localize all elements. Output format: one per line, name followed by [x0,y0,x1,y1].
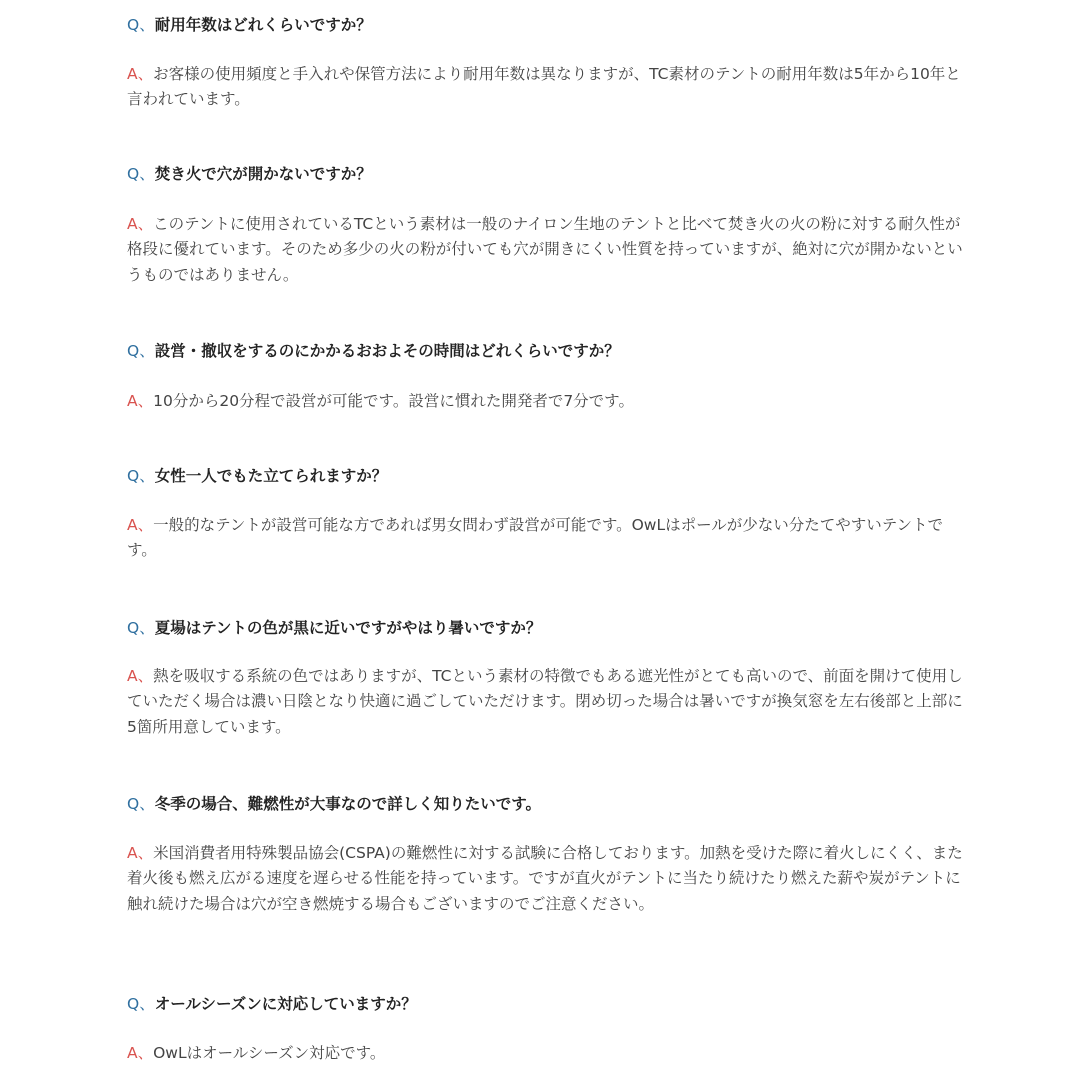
answer: A、お客様の使用頻度と手入れや保管方法により耐用年数は異なりますが、TC素材のテ… [127,62,972,113]
a-marker: A、 [127,667,153,685]
question: Q、オールシーズンに対応していますか？ [127,992,417,1017]
question: Q、夏場はテントの色が黒に近いですがやはり暑いですか？ [127,616,541,641]
a-marker: A、 [127,516,153,534]
question: Q、耐用年数はどれくらいですか？ [127,13,372,38]
a-marker: A、 [127,844,153,862]
answer: A、一般的なテントが設営可能な方であれば男女問わず設営が可能です。OwLはポール… [127,513,972,564]
q-marker: Q、 [127,16,155,34]
a-marker: A、 [127,215,153,233]
answer: A、米国消費者用特殊製品協会(CSPA)の難燃性に対する試験に合格しております。… [127,841,972,917]
q-marker: Q、 [127,165,155,183]
a-marker: A、 [127,392,153,410]
answer: A、10分から20分程で設営が可能です。設営に慣れた開発者で7分です。 [127,389,972,414]
answer: A、OwLはオールシーズン対応です。 [127,1041,972,1066]
a-marker: A、 [127,65,153,83]
question: Q、焚き火で穴が開かないですか？ [127,162,372,187]
q-marker: Q、 [127,619,155,637]
question: Q、設営・撤収をするのにかかるおおよその時間はどれくらいですか？ [127,339,620,364]
answer: A、熱を吸収する系統の色ではありますが、TCという素材の特徴でもある遮光性がとて… [127,664,972,740]
question: Q、女性一人でもた立てられますか？ [127,464,387,489]
q-marker: Q、 [127,342,155,360]
answer: A、このテントに使用されているTCという素材は一般のナイロン生地のテントと比べて… [127,212,972,288]
question: Q、冬季の場合、難燃性が大事なので詳しく知りたいです。 [127,792,541,817]
q-marker: Q、 [127,795,155,813]
a-marker: A、 [127,1044,153,1062]
q-marker: Q、 [127,995,155,1013]
q-marker: Q、 [127,467,155,485]
